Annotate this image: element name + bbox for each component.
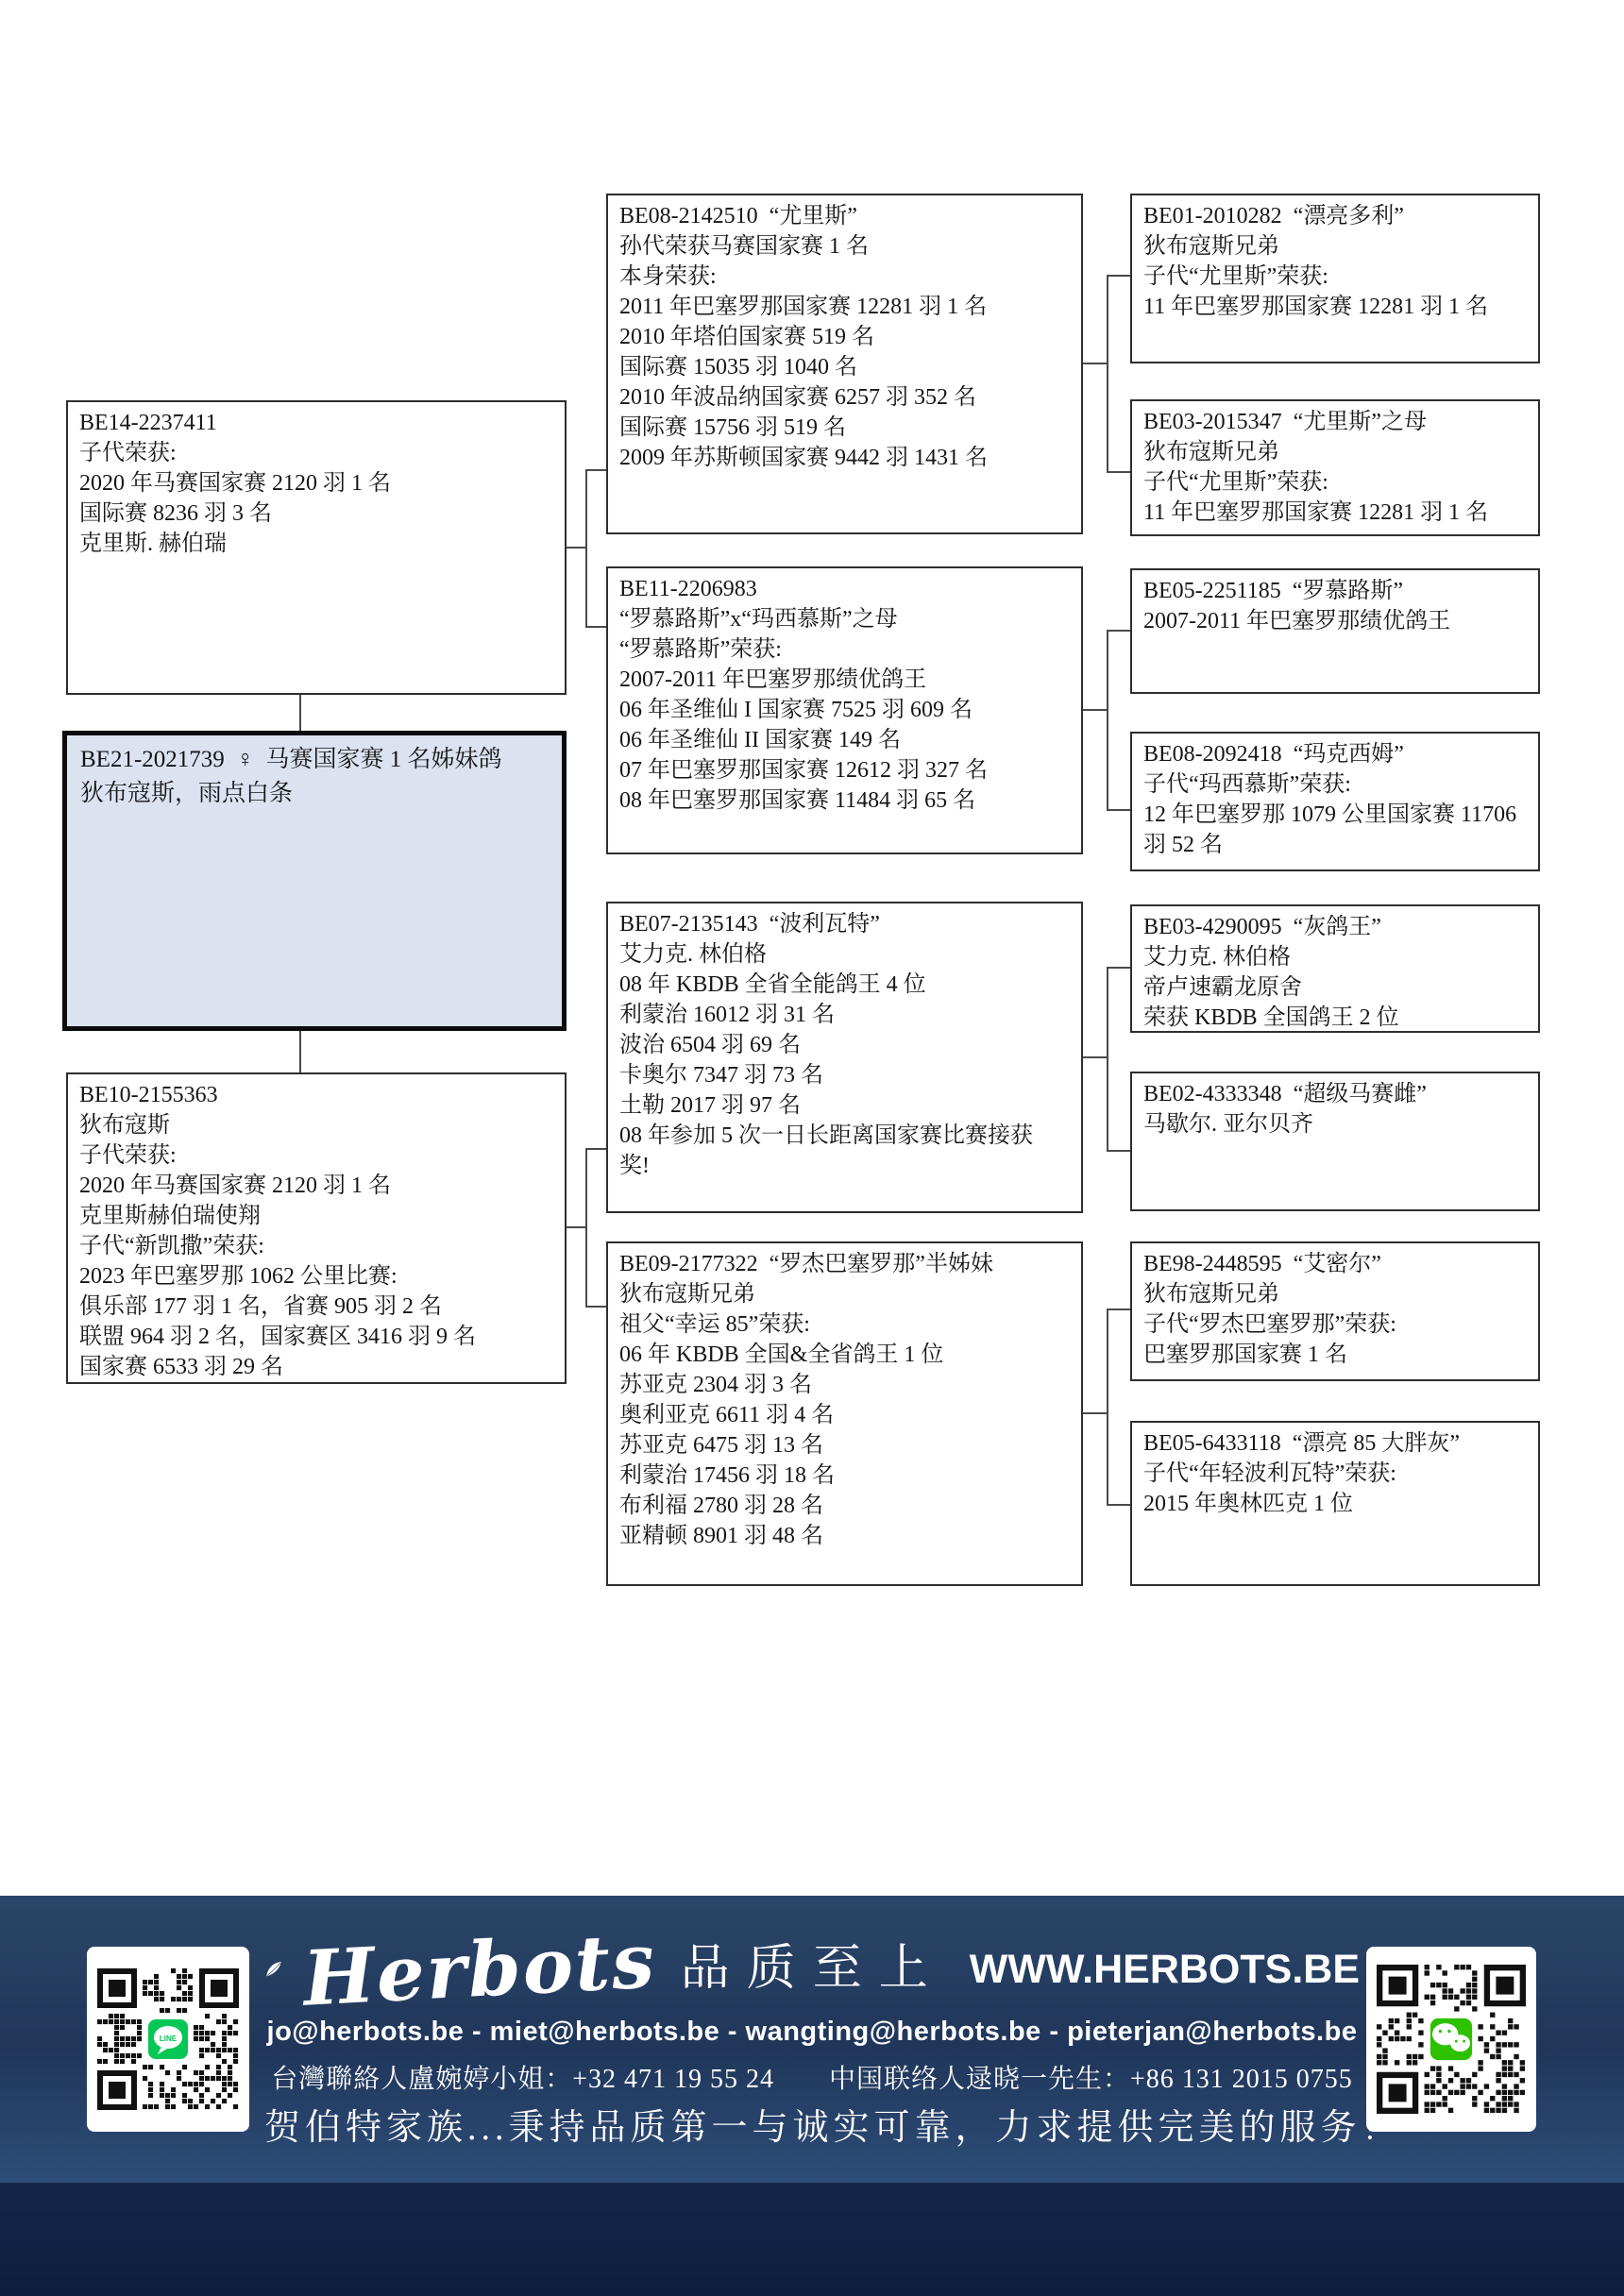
connector-line [1108,1308,1130,1310]
text-line: BE05-2251185 “罗慕路斯” [1143,576,1527,606]
sire-sire-box: BE08-2142510 “尤里斯”孙代荣获马赛国家赛 1 名本身荣获:2011… [606,194,1083,534]
ggp5-text: BE03-4290095 “灰鸽王”艾力克. 林伯格帝卢速霸龙原舍荣获 KBDB… [1143,912,1527,1033]
svg-text:LINE: LINE [160,2034,178,2043]
text-line: 俱乐部 177 羽 1 名，省赛 905 羽 2 名 [79,1291,553,1322]
text-line: BE01-2010282 “漂亮多利” [1143,201,1527,231]
text-line: “罗慕路斯”荣获: [619,634,1070,665]
footer-band: LINE [0,1896,1624,2296]
text-line: BE14-2237411 [79,408,553,438]
text-line: 国际赛 15756 羽 519 名 [619,413,1070,443]
ggp5-box: BE03-4290095 “灰鸽王”艾力克. 林伯格帝卢速霸龙原舍荣获 KBDB… [1130,904,1540,1033]
text-line: 07 年巴塞罗那国家赛 12612 羽 327 名 [619,755,1070,785]
ggp7-text: BE98-2448595 “艾密尔”狄布寇斯兄弟子代“罗杰巴塞罗那”荣获:巴塞罗… [1143,1249,1527,1370]
text-line: 子代荣获: [79,1140,553,1171]
text-line: 本身荣获: [619,262,1070,292]
dam-box: BE10-2155363狄布寇斯子代荣获:2020 年马赛国家赛 2120 羽 … [66,1072,567,1384]
text-line: 06 年圣维仙 I 国家赛 7525 羽 609 名 [619,695,1070,725]
ggp6-text: BE02-4333348 “超级马赛雌”马歇尔. 亚尔贝齐 [1143,1079,1527,1140]
ggp7-box: BE98-2448595 “艾密尔”狄布寇斯兄弟子代“罗杰巴塞罗那”荣获:巴塞罗… [1130,1241,1540,1381]
text-line: 巴塞罗那国家赛 1 名 [1143,1340,1527,1370]
text-line: 08 年 KBDB 全省全能鸽王 4 位 [619,970,1070,1000]
connector-line [1083,363,1107,364]
text-line: 利蒙治 17456 羽 18 名 [619,1460,1070,1491]
ggp4-text: BE08-2092418 “玛克西姆”子代“玛西慕斯”荣获:12 年巴塞罗那 1… [1143,739,1527,860]
text-line: 祖父“幸运 85”荣获: [619,1309,1070,1340]
text-line: 08 年参加 5 次一日长距离国家赛比赛接获 [619,1121,1070,1151]
sire-box: BE14-2237411子代荣获:2020 年马赛国家赛 2120 羽 1 名国… [66,400,567,695]
text-line: 2010 年波品纳国家赛 6257 羽 352 名 [619,382,1070,413]
text-line: 2009 年苏斯顿国家赛 9442 羽 1431 名 [619,443,1070,473]
connector-line [1108,967,1130,969]
ggp8-text: BE05-6433118 “漂亮 85 大胖灰”子代“年轻波利瓦特”荣获:201… [1143,1428,1527,1519]
connector-line [299,1031,301,1072]
text-line: 利蒙治 16012 羽 31 名 [619,1000,1070,1030]
text-line: 羽 52 名 [1143,830,1527,860]
ggp1-box: BE01-2010282 “漂亮多利”狄布寇斯兄弟子代“尤里斯”荣获:11 年巴… [1130,194,1540,363]
pedigree-page: BE14-2237411子代荣获:2020 年马赛国家赛 2120 羽 1 名国… [0,0,1624,2296]
text-line: BE05-6433118 “漂亮 85 大胖灰” [1143,1428,1527,1459]
text-line: 国家赛 6533 羽 29 名 [79,1352,553,1382]
dam-dam-box: BE09-2177322 “罗杰巴塞罗那”半姊妹狄布寇斯兄弟祖父“幸运 85”荣… [606,1241,1083,1586]
feather-icon [260,1946,288,1992]
text-line: BE07-2135143 “波利瓦特” [619,909,1070,939]
connector-line [585,469,587,628]
connector-line [567,1226,587,1228]
text-line: 卡奥尔 7347 羽 73 名 [619,1060,1070,1090]
text-line: 布利福 2780 羽 28 名 [619,1491,1070,1521]
wechat-qr-code [1366,1947,1536,2132]
text-line: 2020 年马赛国家赛 2120 羽 1 名 [79,468,553,498]
dam-sire-box: BE07-2135143 “波利瓦特”艾力克. 林伯格08 年 KBDB 全省全… [606,902,1083,1213]
dam-sire-text: BE07-2135143 “波利瓦特”艾力克. 林伯格08 年 KBDB 全省全… [619,909,1070,1181]
text-line: 奖! [619,1151,1070,1181]
text-line: 子代“罗杰巴塞罗那”荣获: [1143,1309,1527,1340]
text-line: 2007-2011 年巴塞罗那绩优鸽王 [1143,606,1527,636]
footer-slogan: 贺伯特家族...秉持品质第一与诚实可靠，力求提供完美的服务！ [264,2098,1360,2150]
text-line: 11 年巴塞罗那国家赛 12281 羽 1 名 [1143,292,1527,322]
dam-dam-text: BE09-2177322 “罗杰巴塞罗那”半姊妹狄布寇斯兄弟祖父“幸运 85”荣… [619,1249,1070,1551]
text-line: 联盟 964 羽 2 名，国家赛区 3416 羽 9 名 [79,1322,553,1352]
text-line: BE21-2021739 ♀ 马赛国家赛 1 名姊妹鸽 [80,743,549,777]
text-line: BE03-4290095 “灰鸽王” [1143,912,1527,942]
text-line: 艾力克. 林伯格 [1143,942,1527,972]
text-line: 06 年 KBDB 全国&全省鸽王 1 位 [619,1340,1070,1370]
sire-dam-text: BE11-2206983“罗慕路斯”x“玛西慕斯”之母“罗慕路斯”荣获:2007… [619,574,1070,816]
connector-line [1108,275,1130,277]
ggp4-box: BE08-2092418 “玛克西姆”子代“玛西慕斯”荣获:12 年巴塞罗那 1… [1130,732,1540,871]
connector-line [1107,1308,1108,1506]
text-line: 2010 年塔伯国家赛 519 名 [619,322,1070,352]
connector-line [1083,1056,1107,1058]
text-line: 马歇尔. 亚尔贝齐 [1143,1109,1527,1140]
ggp2-box: BE03-2015347 “尤里斯”之母狄布寇斯兄弟子代“尤里斯”荣获:11 年… [1130,399,1540,536]
text-line: 子代“新凯撒”荣获: [79,1231,553,1261]
text-line: 子代“年轻波利瓦特”荣获: [1143,1459,1527,1489]
text-line: 孙代荣获马赛国家赛 1 名 [619,231,1070,262]
wechat-logo-icon [1429,2017,1474,2062]
text-line: BE08-2092418 “玛克西姆” [1143,739,1527,769]
text-line: 2023 年巴塞罗那 1062 公里比赛: [79,1261,553,1291]
connector-line [1108,1150,1130,1152]
text-line: 艾力克. 林伯格 [619,939,1070,970]
sire-sire-text: BE08-2142510 “尤里斯”孙代荣获马赛国家赛 1 名本身荣获:2011… [619,201,1070,473]
text-line: 子代“玛西慕斯”荣获: [1143,769,1527,800]
text-line: BE08-2142510 “尤里斯” [619,201,1070,231]
text-line: “罗慕路斯”x“玛西慕斯”之母 [619,604,1070,634]
text-line: BE10-2155363 [79,1080,553,1110]
text-line: 苏亚克 6475 羽 13 名 [619,1430,1070,1460]
text-line: 波治 6504 羽 69 名 [619,1030,1070,1060]
connector-line [587,626,606,628]
connector-line [567,547,587,549]
connector-line [1107,630,1108,811]
text-line: 苏亚克 2304 羽 3 名 [619,1370,1070,1400]
text-line: 08 年巴塞罗那国家赛 11484 羽 65 名 [619,785,1070,816]
text-line: 狄布寇斯兄弟 [1143,231,1527,262]
text-line: 2015 年奥林匹克 1 位 [1143,1489,1527,1519]
connector-line [587,1306,606,1308]
ggp3-text: BE05-2251185 “罗慕路斯”2007-2011 年巴塞罗那绩优鸽王 [1143,576,1527,636]
text-line: 狄布寇斯 [79,1110,553,1140]
brand-tagline: 品质至上 [681,1945,945,1994]
text-line: 亚精顿 8901 羽 48 名 [619,1521,1070,1551]
connector-line [587,469,606,471]
connector-line [1083,1412,1107,1414]
text-line: 子代“尤里斯”荣获: [1143,467,1527,498]
text-line: 子代荣获: [79,438,553,468]
connector-line [1107,967,1108,1152]
connector-line [1108,630,1130,632]
contact-phones: 台灣聯絡人盧婉婷小姐：+32 471 19 55 24 中国联络人逯晓一先生：+… [264,2058,1360,2096]
subject-text: BE21-2021739 ♀ 马赛国家赛 1 名姊妹鸽狄布寇斯，雨点白条 [80,743,549,811]
text-line: 克里斯赫伯瑞使翔 [79,1201,553,1231]
line-qr-code: LINE [87,1947,249,2132]
connector-line [587,1148,606,1150]
text-line: BE02-4333348 “超级马赛雌” [1143,1079,1527,1109]
text-line: 克里斯. 赫伯瑞 [79,529,553,559]
text-line: 2020 年马赛国家赛 2120 羽 1 名 [79,1171,553,1201]
wechat-qr-graphic [1377,1957,1526,2121]
text-line: 奥利亚克 6611 羽 4 名 [619,1400,1070,1430]
text-line: BE11-2206983 [619,574,1070,604]
text-line: 土勒 2017 羽 97 名 [619,1090,1070,1121]
text-line: 狄布寇斯兄弟 [1143,1279,1527,1309]
footer-brand-row: Herbots 品质至上 WWW.HERBOTS.BE [264,1924,1360,2015]
text-line: 荣获 KBDB 全国鸽王 2 位 [1143,1003,1527,1033]
text-line: 11 年巴塞罗那国家赛 12281 羽 1 名 [1143,498,1527,528]
text-line: 国际赛 8236 羽 3 名 [79,498,553,529]
brand-logo: Herbots [301,1922,658,2016]
text-line: BE03-2015347 “尤里斯”之母 [1143,407,1527,437]
ggp1-text: BE01-2010282 “漂亮多利”狄布寇斯兄弟子代“尤里斯”荣获:11 年巴… [1143,201,1527,322]
text-line: 2011 年巴塞罗那国家赛 12281 羽 1 名 [619,292,1070,322]
subject-box: BE21-2021739 ♀ 马赛国家赛 1 名姊妹鸽狄布寇斯，雨点白条 [62,731,567,1031]
text-line: 狄布寇斯兄弟 [619,1279,1070,1309]
connector-line [1083,709,1107,711]
text-line: BE98-2448595 “艾密尔” [1143,1249,1527,1279]
sire-text: BE14-2237411子代荣获:2020 年马赛国家赛 2120 羽 1 名国… [79,408,553,559]
sire-dam-box: BE11-2206983“罗慕路斯”x“玛西慕斯”之母“罗慕路斯”荣获:2007… [606,566,1083,854]
ggp3-box: BE05-2251185 “罗慕路斯”2007-2011 年巴塞罗那绩优鸽王 [1130,568,1540,694]
line-logo-icon: LINE [146,2017,190,2061]
connector-line [1108,471,1130,473]
dam-text: BE10-2155363狄布寇斯子代荣获:2020 年马赛国家赛 2120 羽 … [79,1080,553,1382]
connector-line [1108,809,1130,811]
text-line: 狄布寇斯，雨点白条 [80,777,549,811]
ggp8-box: BE05-6433118 “漂亮 85 大胖灰”子代“年轻波利瓦特”荣获:201… [1130,1421,1540,1586]
footer-band-dark-strip [0,2183,1624,2296]
website-url: WWW.HERBOTS.BE [970,1948,1360,1991]
text-line: 帝卢速霸龙原舍 [1143,972,1527,1003]
text-line: 子代“尤里斯”荣获: [1143,262,1527,292]
text-line: 狄布寇斯兄弟 [1143,437,1527,467]
text-line: 2007-2011 年巴塞罗那绩优鸽王 [619,665,1070,695]
connector-line [1108,1504,1130,1506]
text-line: 06 年圣维仙 II 国家赛 149 名 [619,725,1070,755]
connector-line [1107,275,1108,473]
text-line: BE09-2177322 “罗杰巴塞罗那”半姊妹 [619,1249,1070,1279]
text-line: 12 年巴塞罗那 1079 公里国家赛 11706 [1143,800,1527,830]
ggp6-box: BE02-4333348 “超级马赛雌”马歇尔. 亚尔贝齐 [1130,1072,1540,1211]
contact-emails: jo@herbots.be - miet@herbots.be - wangti… [264,2017,1360,2048]
text-line: 国际赛 15035 羽 1040 名 [619,352,1070,382]
ggp2-text: BE03-2015347 “尤里斯”之母狄布寇斯兄弟子代“尤里斯”荣获:11 年… [1143,407,1527,528]
connector-line [585,1148,587,1308]
connector-line [299,695,301,733]
line-qr-graphic: LINE [97,1957,239,2121]
